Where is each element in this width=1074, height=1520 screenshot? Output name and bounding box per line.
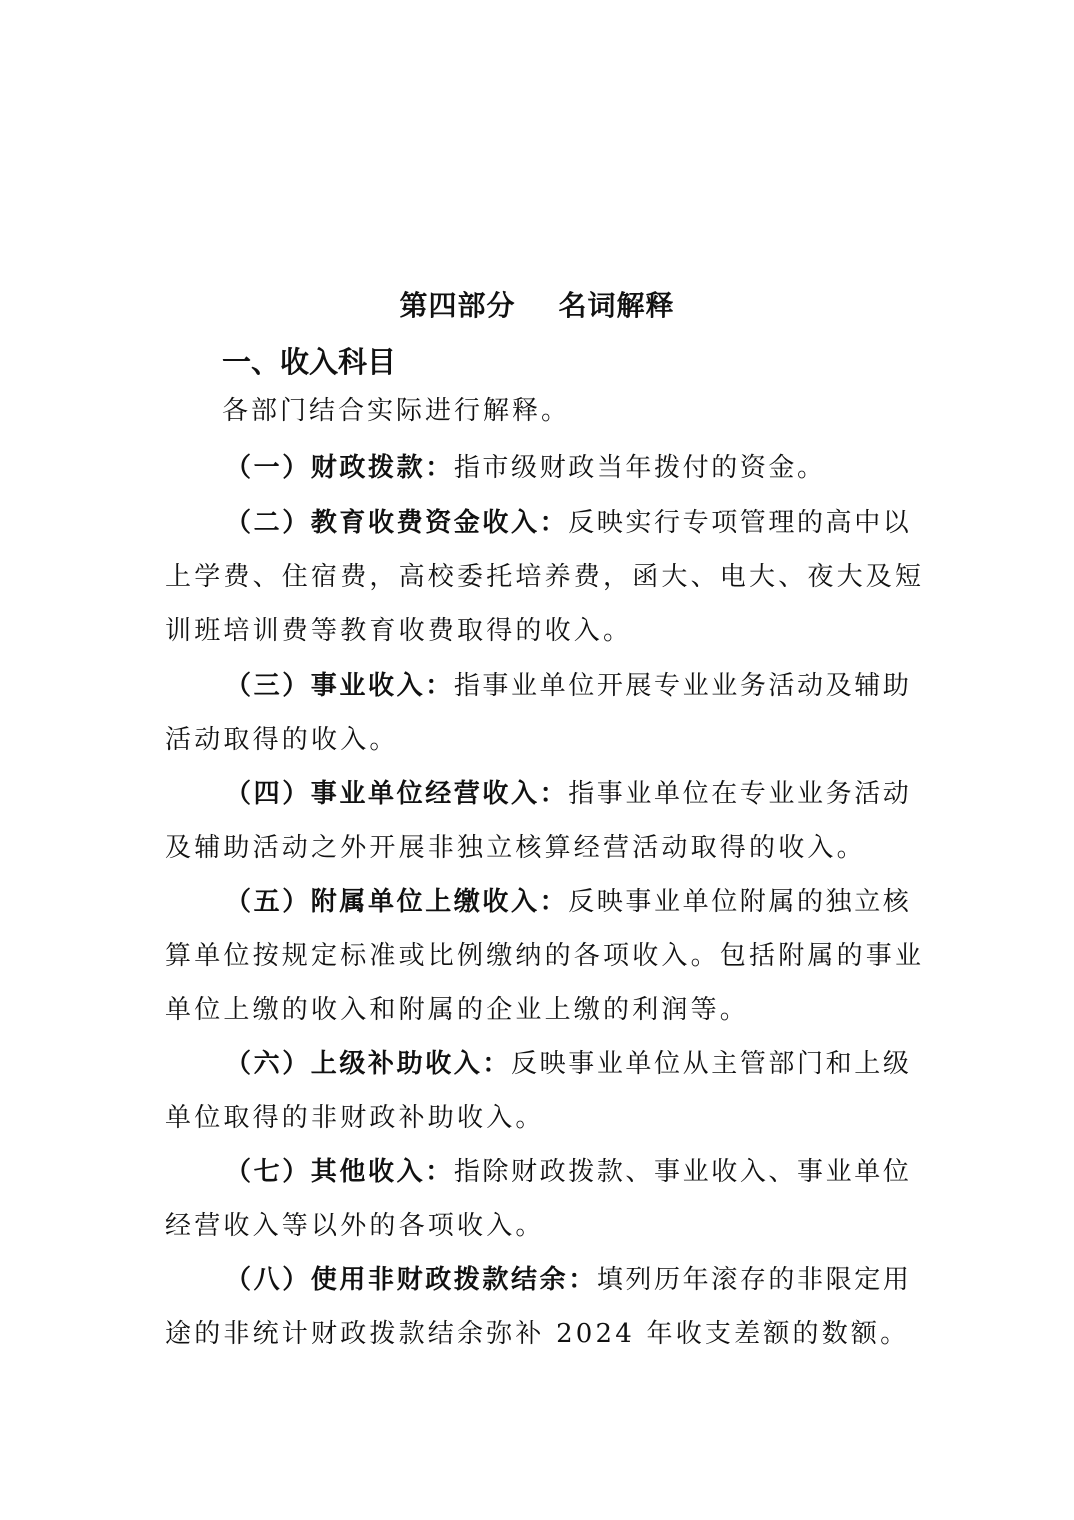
definition-text: 填列历年滚存的非限定用 xyxy=(597,1265,912,1295)
definition-term: （二）教育收费资金收入： xyxy=(225,508,568,538)
definition-item: （六）上级补助收入：反映事业单位从主管部门和上级 单位取得的非财政补助收入。 xyxy=(165,1037,915,1145)
page-title: 第四部分 名词解释 xyxy=(0,284,1074,324)
definition-line: （四）事业单位经营收入：指事业单位在专业业务活动 xyxy=(165,767,915,821)
definition-line: 算单位按规定标准或比例缴纳的各项收入。包括附属的事业 xyxy=(165,929,915,983)
definition-text: 指市级财政当年拨付的资金。 xyxy=(454,453,826,483)
definition-term: （五）附属单位上缴收入： xyxy=(225,887,568,917)
definition-term: （三）事业收入： xyxy=(225,671,454,701)
definition-line: 单位取得的非财政补助收入。 xyxy=(165,1091,915,1145)
definition-item: （七）其他收入：指除财政拨款、事业收入、事业单位 经营收入等以外的各项收入。 xyxy=(165,1145,915,1253)
definition-item: （三）事业收入：指事业单位开展专业业务活动及辅助 活动取得的收入。 xyxy=(165,659,915,767)
section-heading: 一、收入科目 xyxy=(222,340,396,381)
definition-term: （一）财政拨款： xyxy=(225,453,454,483)
definition-line: （二）教育收费资金收入：反映实行专项管理的高中以 xyxy=(165,496,915,550)
definition-text: 反映事业单位附属的独立核 xyxy=(568,887,911,917)
definition-line: （五）附属单位上缴收入：反映事业单位附属的独立核 xyxy=(165,875,915,929)
definition-line: 单位上缴的收入和附属的企业上缴的利润等。 xyxy=(165,983,915,1037)
definition-line: 途的非统计财政拨款结余弥补 2024 年收支差额的数额。 xyxy=(165,1307,915,1361)
definition-item: （四）事业单位经营收入：指事业单位在专业业务活动 及辅助活动之外开展非独立核算经… xyxy=(165,767,915,875)
document-page: 第四部分 名词解释 一、收入科目 各部门结合实际进行解释。 （一）财政拨款：指市… xyxy=(0,0,1074,1520)
definition-line: 经营收入等以外的各项收入。 xyxy=(165,1199,915,1253)
definition-item: （二）教育收费资金收入：反映实行专项管理的高中以 上学费、住宿费，高校委托培养费… xyxy=(165,496,915,658)
definition-line: （一）财政拨款：指市级财政当年拨付的资金。 xyxy=(165,441,915,495)
definition-line: （八）使用非财政拨款结余：填列历年滚存的非限定用 xyxy=(165,1253,915,1307)
definition-line: 及辅助活动之外开展非独立核算经营活动取得的收入。 xyxy=(165,821,915,875)
definition-term: （四）事业单位经营收入： xyxy=(225,779,568,809)
definition-item: （一）财政拨款：指市级财政当年拨付的资金。 xyxy=(165,441,915,495)
definition-term: （六）上级补助收入： xyxy=(225,1049,511,1079)
definition-text: 指事业单位在专业业务活动 xyxy=(568,779,911,809)
definition-line: （三）事业收入：指事业单位开展专业业务活动及辅助 xyxy=(165,659,915,713)
definition-line: （六）上级补助收入：反映事业单位从主管部门和上级 xyxy=(165,1037,915,1091)
definition-line: （七）其他收入：指除财政拨款、事业收入、事业单位 xyxy=(165,1145,915,1199)
section-intro: 各部门结合实际进行解释。 xyxy=(222,390,570,427)
definition-text: 指事业单位开展专业业务活动及辅助 xyxy=(454,671,912,701)
definition-line: 活动取得的收入。 xyxy=(165,713,915,767)
definition-line: 上学费、住宿费，高校委托培养费，函大、电大、夜大及短 xyxy=(165,550,915,604)
definition-term: （八）使用非财政拨款结余： xyxy=(225,1265,597,1295)
definition-term: （七）其他收入： xyxy=(225,1157,454,1187)
definition-text: 指除财政拨款、事业收入、事业单位 xyxy=(454,1157,912,1187)
definition-text: 反映事业单位从主管部门和上级 xyxy=(511,1049,911,1079)
definition-item: （五）附属单位上缴收入：反映事业单位附属的独立核 算单位按规定标准或比例缴纳的各… xyxy=(165,875,915,1037)
definition-line: 训班培训费等教育收费取得的收入。 xyxy=(165,604,915,658)
definition-item: （八）使用非财政拨款结余：填列历年滚存的非限定用 途的非统计财政拨款结余弥补 2… xyxy=(165,1253,915,1361)
definition-text: 反映实行专项管理的高中以 xyxy=(568,508,911,538)
